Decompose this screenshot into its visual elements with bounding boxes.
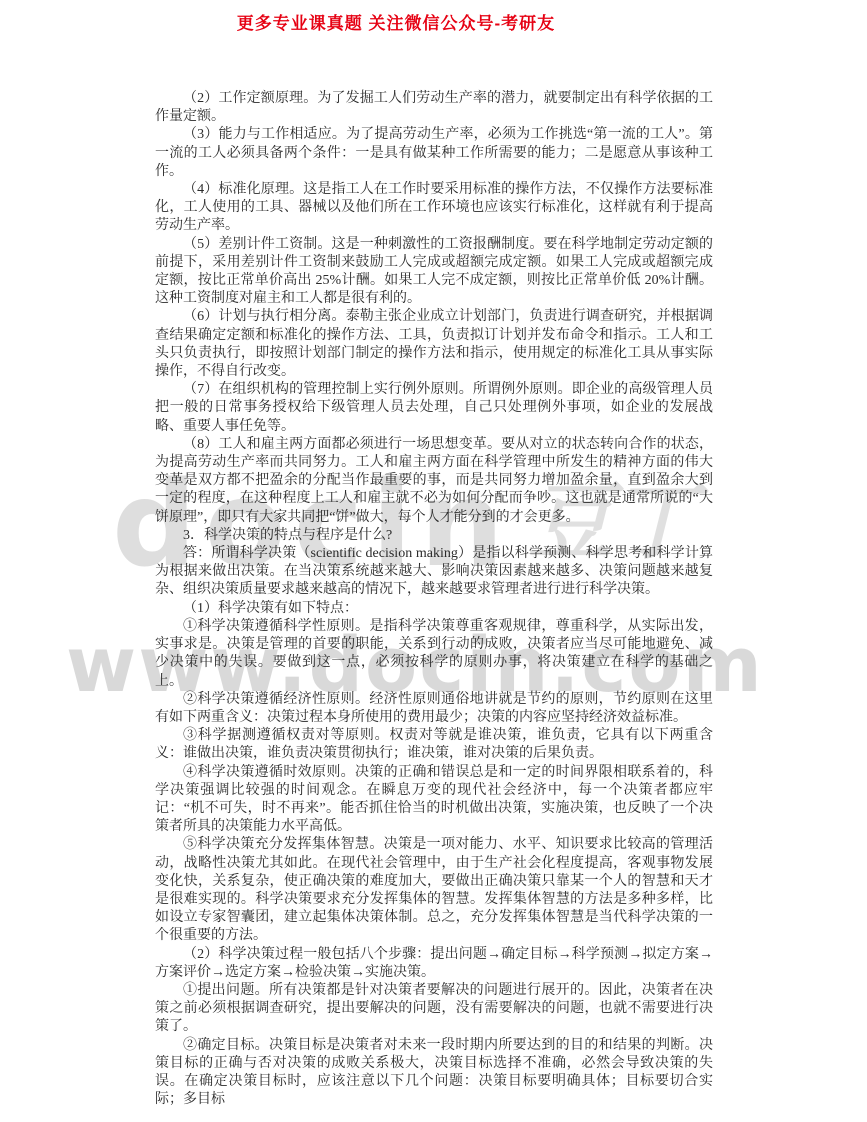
paragraph: ⑤科学决策充分发挥集体智慧。决策是一项对能力、水平、知识要求比较高的管理活动，战… — [155, 836, 713, 945]
paragraph: 3．科学决策的特点与程序是什么? — [155, 527, 713, 545]
promo-header-text: 更多专业课真题 关注微信公众号-考研友 — [0, 9, 792, 34]
paragraph: ②确定目标。决策目标是决策者对未来一段时期内所要达到的目的和结果的判断。决策目标… — [155, 1037, 713, 1110]
paragraph: （4）标准化原理。这是指工人在工作时要采用标准的操作方法，不仅操作方法要标准化，… — [155, 181, 713, 236]
paragraph: 答：所谓科学决策（scientific decision making）是指以科… — [155, 545, 713, 600]
paragraph: （2）工作定额原理。为了发掘工人们劳动生产率的潜力，就要制定出有科学依据的工作量… — [155, 90, 713, 126]
paragraph: ④科学决策遵循时效原则。决策的正确和错误总是和一定的时间界限相联系着的，科学决策… — [155, 764, 713, 837]
paragraph: ③科学据测遵循权责对等原则。权责对等就是谁决策，谁负责，它具有以下两重含义：谁做… — [155, 727, 713, 763]
paragraph: ②科学决策遵循经济性原则。经济性原则通俗地讲就是节约的原则，节约原则在这里有如下… — [155, 691, 713, 727]
paragraph: （7）在组织机构的管理控制上实行例外原则。所谓例外原则。即企业的高级管理人员把一… — [155, 381, 713, 436]
document-page: 更多专业课真题 关注微信公众号-考研友 docin豆丁 www.docin.co… — [0, 0, 867, 1122]
paragraph: （5）差别计件工资制。这是一种刺激性的工资报酬制度。要在科学地制定劳动定额的前提… — [155, 236, 713, 309]
document-body-text: （2）工作定额原理。为了发掘工人们劳动生产率的潜力，就要制定出有科学依据的工作量… — [155, 90, 713, 1109]
paragraph: （3）能力与工作相适应。为了提高劳动生产率，必须为工作挑选“第一流的工人”。第一… — [155, 126, 713, 181]
paragraph: （1）科学决策有如下特点： — [155, 600, 713, 618]
paragraph: ①提出问题。所有决策都是针对决策者要解决的问题进行展开的。因此，决策者在决策之前… — [155, 982, 713, 1037]
paragraph: （6）计划与执行相分离。泰勒主张企业成立计划部门，负责进行调查研究，并根据调查结… — [155, 308, 713, 381]
paragraph: （8）工人和雇主两方面都必须进行一场思想变革。要从对立的状态转向合作的状态，为提… — [155, 436, 713, 527]
paragraph: ①科学决策遵循科学性原则。是指科学决策尊重客观规律，尊重科学，从实际出发，实事求… — [155, 618, 713, 691]
paragraph: （2）科学决策过程一般包括八个步骤：提出问题→确定目标→科学预测→拟定方案→方案… — [155, 946, 713, 982]
